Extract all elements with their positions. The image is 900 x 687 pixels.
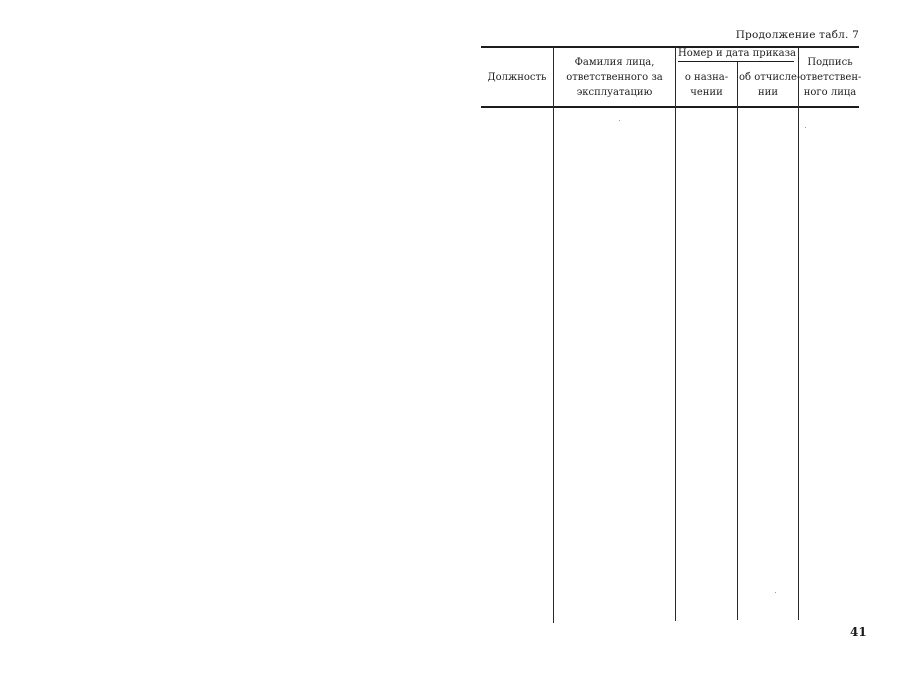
page-number: 41 (850, 625, 867, 639)
header-order-group: Номер и дата приказа (677, 46, 797, 61)
header-order-assign: о назна- чении (677, 70, 736, 100)
scan-speck (775, 592, 776, 593)
table-top-rule (481, 46, 859, 48)
header-signature: Подпись ответствен- ного лица (800, 55, 860, 100)
header-responsible-name: Фамилия лица, ответственного за эксплуат… (555, 55, 674, 100)
table-header-bottom-rule (481, 106, 859, 108)
scan-speck (805, 127, 806, 128)
column-divider (675, 47, 676, 621)
scan-speck (619, 120, 620, 121)
column-divider (737, 62, 738, 620)
header-position: Должность (482, 70, 552, 85)
header-order-dismiss: об отчисле- нии (739, 70, 797, 100)
document-page: Продолжение табл. 7 Должность Фамилия ли… (0, 0, 900, 687)
order-group-underline (678, 61, 794, 62)
table-continuation-label: Продолжение табл. 7 (736, 29, 859, 41)
column-divider (798, 47, 799, 620)
column-divider (553, 47, 554, 623)
